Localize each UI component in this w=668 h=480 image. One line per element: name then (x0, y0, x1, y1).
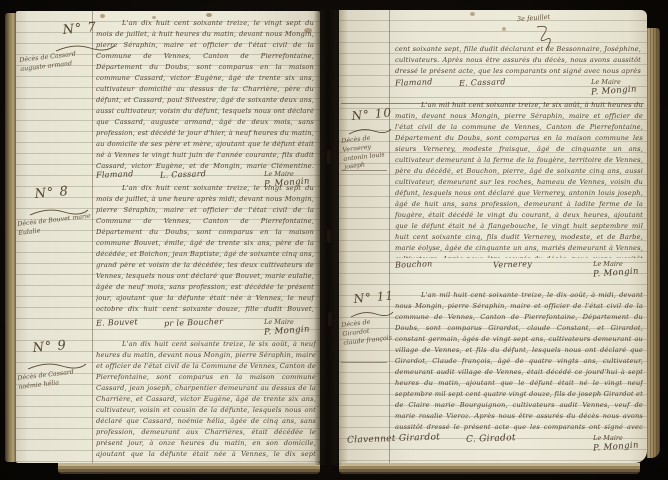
entry-10-signature-row: Bouchon Vernerey Le Maire P. Mongin (395, 260, 643, 286)
entry-11-body: L'an mil huit cent soixante treize, le d… (395, 290, 643, 432)
entry-10-margin-note: Décès de Vernerey antonin louis joseph (341, 133, 393, 173)
binding-stitch (327, 150, 332, 164)
entry-11-official-signature: Le Maire P. Mongin (593, 434, 643, 452)
entry-9-number: N° 9 (32, 338, 67, 356)
continuation-signature-row: Flamand E. Cassard Le Maire P. Mongin (395, 78, 641, 100)
entry-11-mayor-signature: P. Mongin (593, 440, 640, 453)
bottom-page-edges-left (58, 463, 320, 474)
entry-11-signature-row: Clavennet Girardot C. Giradot Le Maire P… (347, 434, 643, 464)
entry-8-witness-signature-1: E. Bouvet (96, 317, 138, 327)
entry-8-body: L'an dix huit cent soixante treize, le v… (96, 183, 314, 316)
left-page: N° 7 Décès de Cassard auguste armand L'a… (16, 11, 320, 463)
entry-7-number: N° 7 (62, 20, 97, 38)
right-margin-rule (389, 10, 390, 463)
register-scan: N° 7 Décès de Cassard auguste armand L'a… (0, 0, 668, 480)
entry-11-witness-signature-1: Clavennet Girardot (347, 432, 440, 445)
entry-8-official-signature: Le Maire P. Mongin (264, 318, 314, 336)
entry-7-body: L'an dix huit cent soixante treize, le v… (96, 18, 314, 171)
foxing-stain (502, 27, 506, 31)
binding-stitch (328, 312, 332, 326)
continuation-witness-signature-2: E. Cassard (458, 77, 505, 88)
entry-10-number: N° 10 (351, 105, 393, 122)
foxing-stain (304, 28, 312, 33)
entry-11-witness-signature-2: C. Giradot (466, 433, 516, 445)
right-fore-edge-stack (647, 28, 660, 458)
entry-11-margin-note: Décès de Girardot claude françois (341, 316, 394, 348)
continuation-witness-signature-1: Flamand (395, 77, 433, 87)
continuation-mayor-signature: P. Mongin (591, 84, 638, 97)
entry-7-witness-signature-2: L. Cassard (159, 169, 206, 180)
continuation-official-signature: Le Maire P. Mongin (591, 78, 641, 96)
entry-8-mayor-signature: P. Mongin (264, 324, 311, 337)
entry-10-witness-signature-2: Vernerey (492, 259, 531, 269)
foxing-stain (206, 13, 212, 17)
left-page-edge-stack (5, 13, 16, 462)
binding-stitch (327, 230, 331, 243)
entry-8-number: N° 8 (34, 184, 69, 202)
entry-10-witness-signature-1: Bouchon (395, 259, 433, 269)
entry-10-margin-rule (341, 170, 387, 171)
entry-10-body: L'an mil huit cent soixante treize, le s… (395, 100, 643, 258)
bottom-page-edges-right (339, 463, 640, 474)
entry-7-witness-signature-1: Flamand (96, 169, 134, 179)
entry-8-witness-signature-2: pr le Boucher (164, 317, 224, 328)
entry-10-mayor-signature: P. Mongin (593, 266, 640, 279)
foxing-stain (100, 14, 105, 18)
foxing-stain (152, 16, 156, 19)
entry-9-body: L'an dix huit cent soixante treize, le s… (96, 339, 316, 461)
entry-7-margin-note: Décès de Cassard auguste armand (19, 49, 93, 75)
folio-label: 3e feuillet (517, 13, 551, 23)
entry-11-margin-rule (341, 362, 387, 363)
left-margin-rule (92, 11, 93, 463)
entry-10-official-signature: Le Maire P. Mongin (593, 260, 643, 278)
entry-9-continuation-body: cent soixante sept, fille dudit déclaran… (395, 44, 641, 78)
foxing-stain (470, 12, 475, 16)
right-page: 3e feuillet cent soixante sept, fille du… (339, 10, 647, 463)
